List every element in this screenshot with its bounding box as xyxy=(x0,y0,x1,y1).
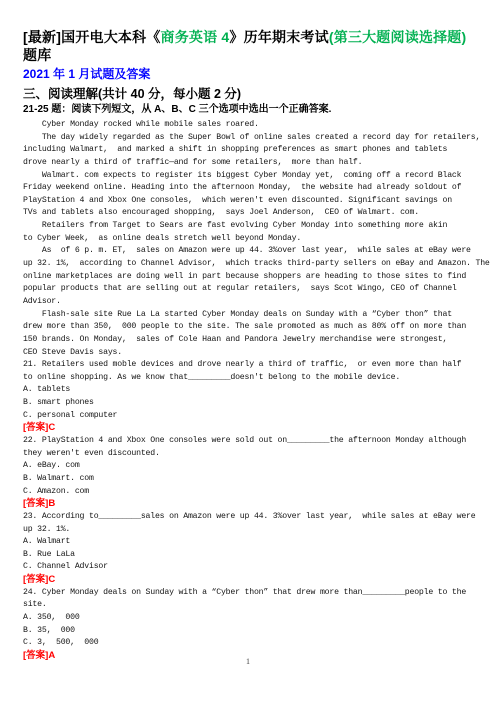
text-line: Cyber Monday rocked while mobile sales r… xyxy=(23,119,480,132)
text-line: C. Amazon. com xyxy=(23,486,480,499)
document-page: [最新]国开电大本科《商务英语 4》历年期末考试(第三大题阅读选择题)题库 20… xyxy=(0,0,496,702)
section-heading: 三、阅读理解(共计 40 分，每小题 2 分) xyxy=(23,86,480,102)
text-line: 21. Retailers used moble devices and dro… xyxy=(23,359,480,372)
text-line: PlayStation 4 and Xbox One consoles, whi… xyxy=(23,195,480,208)
text-line: up 32. 1%, according to Channel Advisor,… xyxy=(23,258,480,271)
document-title: [最新]国开电大本科《商务英语 4》历年期末考试(第三大题阅读选择题)题库 xyxy=(23,28,480,64)
text-line: C. personal computer xyxy=(23,410,480,423)
title-segment-highlight: 商务英语 4 xyxy=(161,29,230,45)
text-line: Flash-sale site Rue La La started Cyber … xyxy=(23,309,480,322)
text-line: including Walmart, and marked a shift in… xyxy=(23,144,480,157)
text-line: CEO Steve Davis says. xyxy=(23,347,480,360)
text-line: 23. According to_________sales on Amazon… xyxy=(23,511,480,524)
text-line: B. Walmart. com xyxy=(23,473,480,486)
text-line: online marketplaces are doing well in pa… xyxy=(23,271,480,284)
text-line: 24. Cyber Monday deals on Sunday with a … xyxy=(23,587,480,600)
text-line: As of 6 p. m. ET, sales on Amazon were u… xyxy=(23,245,480,258)
passage-and-questions: Cyber Monday rocked while mobile sales r… xyxy=(23,119,480,663)
text-line: they weren't even discounted. xyxy=(23,448,480,461)
question-instructions: 21-25 题：阅读下列短文，从 A、B、C 三个选项中选出一个正确答案. xyxy=(23,103,480,116)
text-line: 22. PlayStation 4 and Xbox One consoles … xyxy=(23,435,480,448)
text-line: A. tablets xyxy=(23,384,480,397)
text-line: 150 brands. On Monday, sales of Cole Haa… xyxy=(23,334,480,347)
text-line: A. Walmart xyxy=(23,536,480,549)
answer-line: [答案]C xyxy=(23,574,480,587)
title-segment: 题库 xyxy=(23,47,51,63)
text-line: A. eBay. com xyxy=(23,460,480,473)
answer-line: [答案]C xyxy=(23,422,480,435)
text-line: popular products that are selling out at… xyxy=(23,283,480,296)
text-line: Advisor. xyxy=(23,296,480,309)
text-line: up 32. 1%. xyxy=(23,524,480,537)
text-line: to Cyber Week, as online deals stretch w… xyxy=(23,233,480,246)
text-line: C. Channel Advisor xyxy=(23,561,480,574)
text-line: B. smart phones xyxy=(23,397,480,410)
text-line: B. Rue LaLa xyxy=(23,549,480,562)
text-line: Friday weekend online. Heading into the … xyxy=(23,182,480,195)
text-line: TVs and tablets also encouraged shopping… xyxy=(23,207,480,220)
text-line: C. 3, 500, 000 xyxy=(23,637,480,650)
text-line: drew more than 350, 000 people to the si… xyxy=(23,321,480,334)
text-line: drove nearly a third of traffic—and for … xyxy=(23,157,480,170)
title-segment: [最新]国开电大本科《 xyxy=(23,29,161,45)
text-line: Walmart. com expects to register its big… xyxy=(23,170,480,183)
text-line: B. 35, 000 xyxy=(23,625,480,638)
text-line: Retailers from Target to Sears are fast … xyxy=(23,220,480,233)
answer-line: [答案]B xyxy=(23,498,480,511)
title-segment-highlight: (第三大题阅读选择题) xyxy=(329,29,467,45)
exam-date-heading: 2021 年 1 月试题及答案 xyxy=(23,67,480,82)
text-line: to online shopping. As we know that_____… xyxy=(23,372,480,385)
page-number: 1 xyxy=(0,657,496,666)
text-line: A. 350, 000 xyxy=(23,612,480,625)
text-line: site. xyxy=(23,599,480,612)
text-line: The day widely regarded as the Super Bow… xyxy=(23,132,480,145)
title-segment: 》历年期末考试 xyxy=(229,29,328,45)
